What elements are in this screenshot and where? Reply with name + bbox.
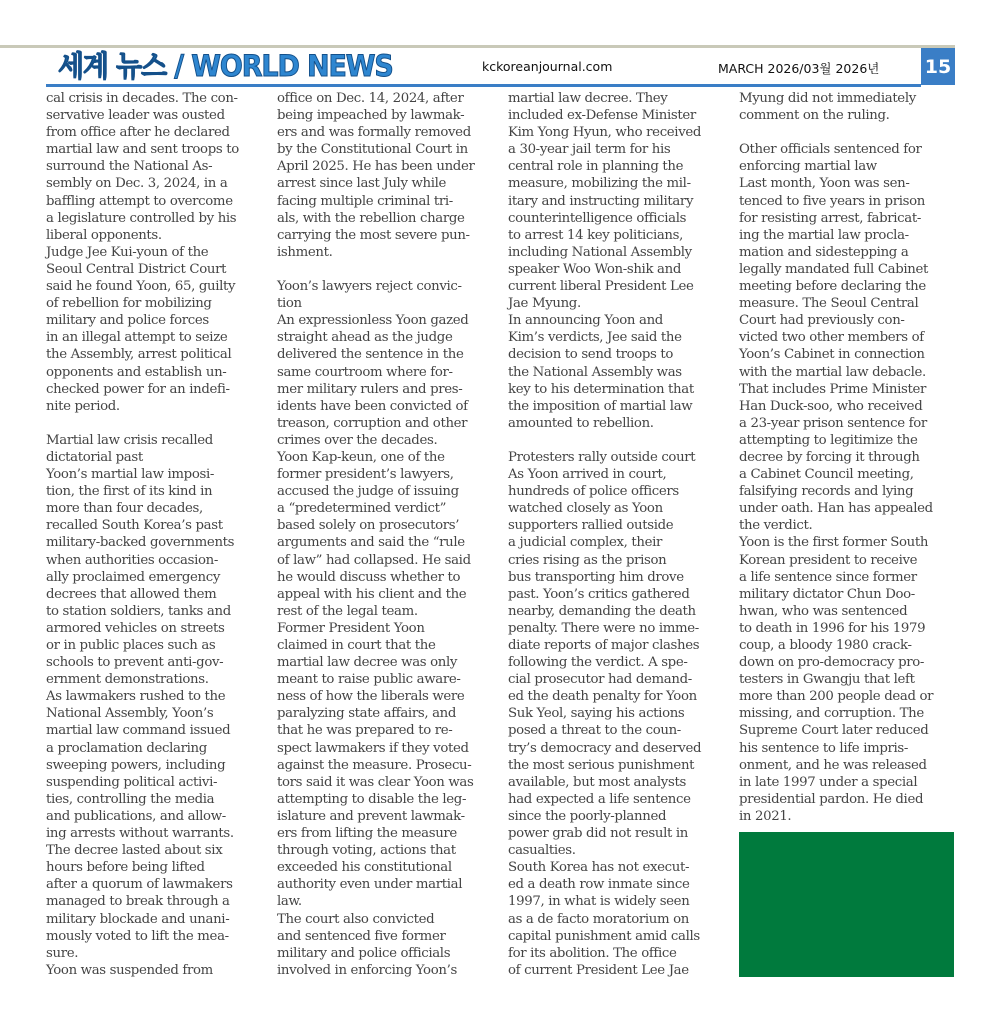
paragraph-gap [739,124,967,141]
paragraph-gap [46,415,274,432]
article-column-4: Myung did not immediately comment on the… [739,90,967,825]
paragraph-gap [277,261,505,278]
paragraph: Protesters rally outside court As Yoon a… [508,449,736,979]
newspaper-page: 세계 뉴스 / WORLD NEWS kckoreanjournal.com M… [0,0,1001,1024]
paragraph: Myung did not immediately comment on the… [739,90,967,124]
masthead-underline [46,84,921,87]
paragraph: Yoon’s lawyers reject convic- tion An ex… [277,278,505,979]
paragraph: Martial law crisis recalled dictatorial … [46,432,274,979]
paragraph-gap [508,432,736,449]
paragraph: martial law decree. They included ex-Def… [508,90,736,432]
article-column-1: cal crisis in decades. The con- servativ… [46,90,274,979]
green-ad-box [739,832,954,977]
paragraph: cal crisis in decades. The con- servativ… [46,90,274,415]
article-column-2: office on Dec. 14, 2024, after being imp… [277,90,505,979]
website-url: kckoreanjournal.com [482,59,612,74]
paragraph: office on Dec. 14, 2024, after being imp… [277,90,505,261]
section-title: 세계 뉴스 / WORLD NEWS [58,48,393,84]
article-column-3: martial law decree. They included ex-Def… [508,90,736,979]
paragraph: Other officials sentenced for enforcing … [739,141,967,825]
masthead: 세계 뉴스 / WORLD NEWS kckoreanjournal.com M… [0,48,1001,86]
page-number-badge: 15 [921,48,955,85]
issue-date: MARCH 2026/03월 2026년 [718,59,879,77]
